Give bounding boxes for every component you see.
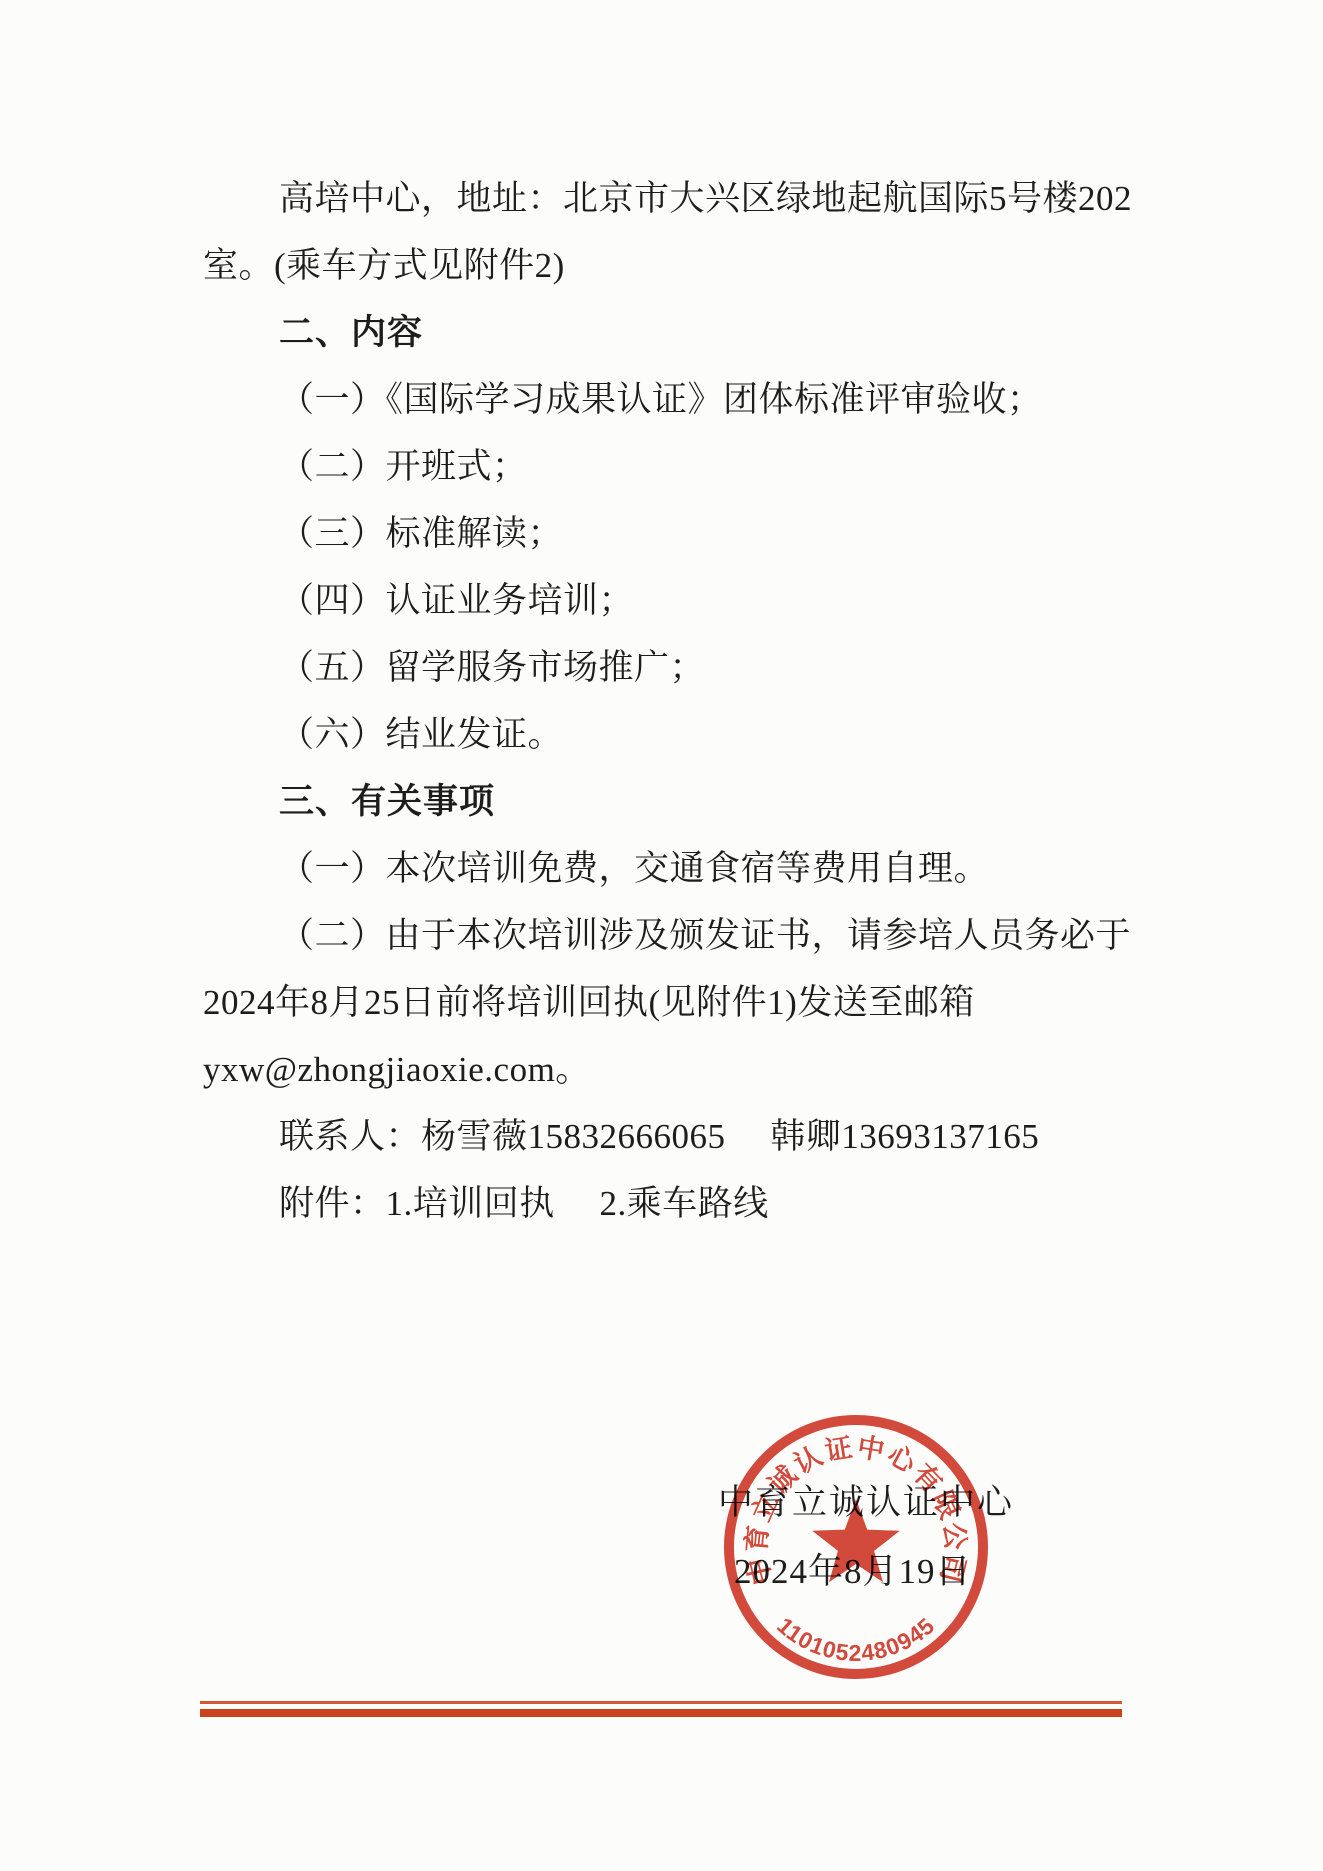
document-page: 高培中心，地址：北京市大兴区绿地起航国际5号楼202 室。(乘车方式见附件2) … (0, 0, 1323, 1871)
item-certification-training: （四）认证业务培训； (203, 567, 1163, 634)
item-standard-interpretation: （三）标准解读； (203, 500, 1163, 567)
item-opening-ceremony: （二）开班式； (203, 433, 1163, 500)
line-attachments: 附件：1.培训回执 2.乘车路线 (203, 1170, 1163, 1237)
item-standard-review: （一）《国际学习成果认证》团体标准评审验收； (203, 366, 1163, 433)
item-study-abroad-promotion: （五）留学服务市场推广； (203, 634, 1163, 701)
line-address-end: 室。(乘车方式见附件2) (203, 232, 1163, 299)
item-certificate-notice-2: 2024年8月25日前将培训回执(见附件1)发送至邮箱 (203, 969, 1163, 1036)
document-body: 高培中心，地址：北京市大兴区绿地起航国际5号楼202 室。(乘车方式见附件2) … (203, 165, 1163, 1237)
official-seal: 中育立诚认证中心有限公司 1101052480945 (711, 1402, 1001, 1692)
line-contacts: 联系人：杨雪薇15832666065 韩卿13693137165 (203, 1103, 1163, 1170)
item-certificate-notice-1: （二）由于本次培训涉及颁发证书，请参培人员务必于 (203, 902, 1163, 969)
item-completion-certificates: （六）结业发证。 (203, 701, 1163, 768)
seal-star-icon (812, 1499, 900, 1582)
footer-rule-thick (200, 1709, 1122, 1717)
item-free-training: （一）本次培训免费，交通食宿等费用自理。 (203, 835, 1163, 902)
heading-section-content: 二、内容 (203, 299, 1163, 366)
line-email: yxw@zhongjiaoxie.com。 (203, 1036, 1163, 1103)
heading-related-matters: 三、有关事项 (203, 768, 1163, 835)
line-address-continued: 高培中心，地址：北京市大兴区绿地起航国际5号楼202 (203, 165, 1163, 232)
footer-rule-thin (200, 1701, 1122, 1704)
